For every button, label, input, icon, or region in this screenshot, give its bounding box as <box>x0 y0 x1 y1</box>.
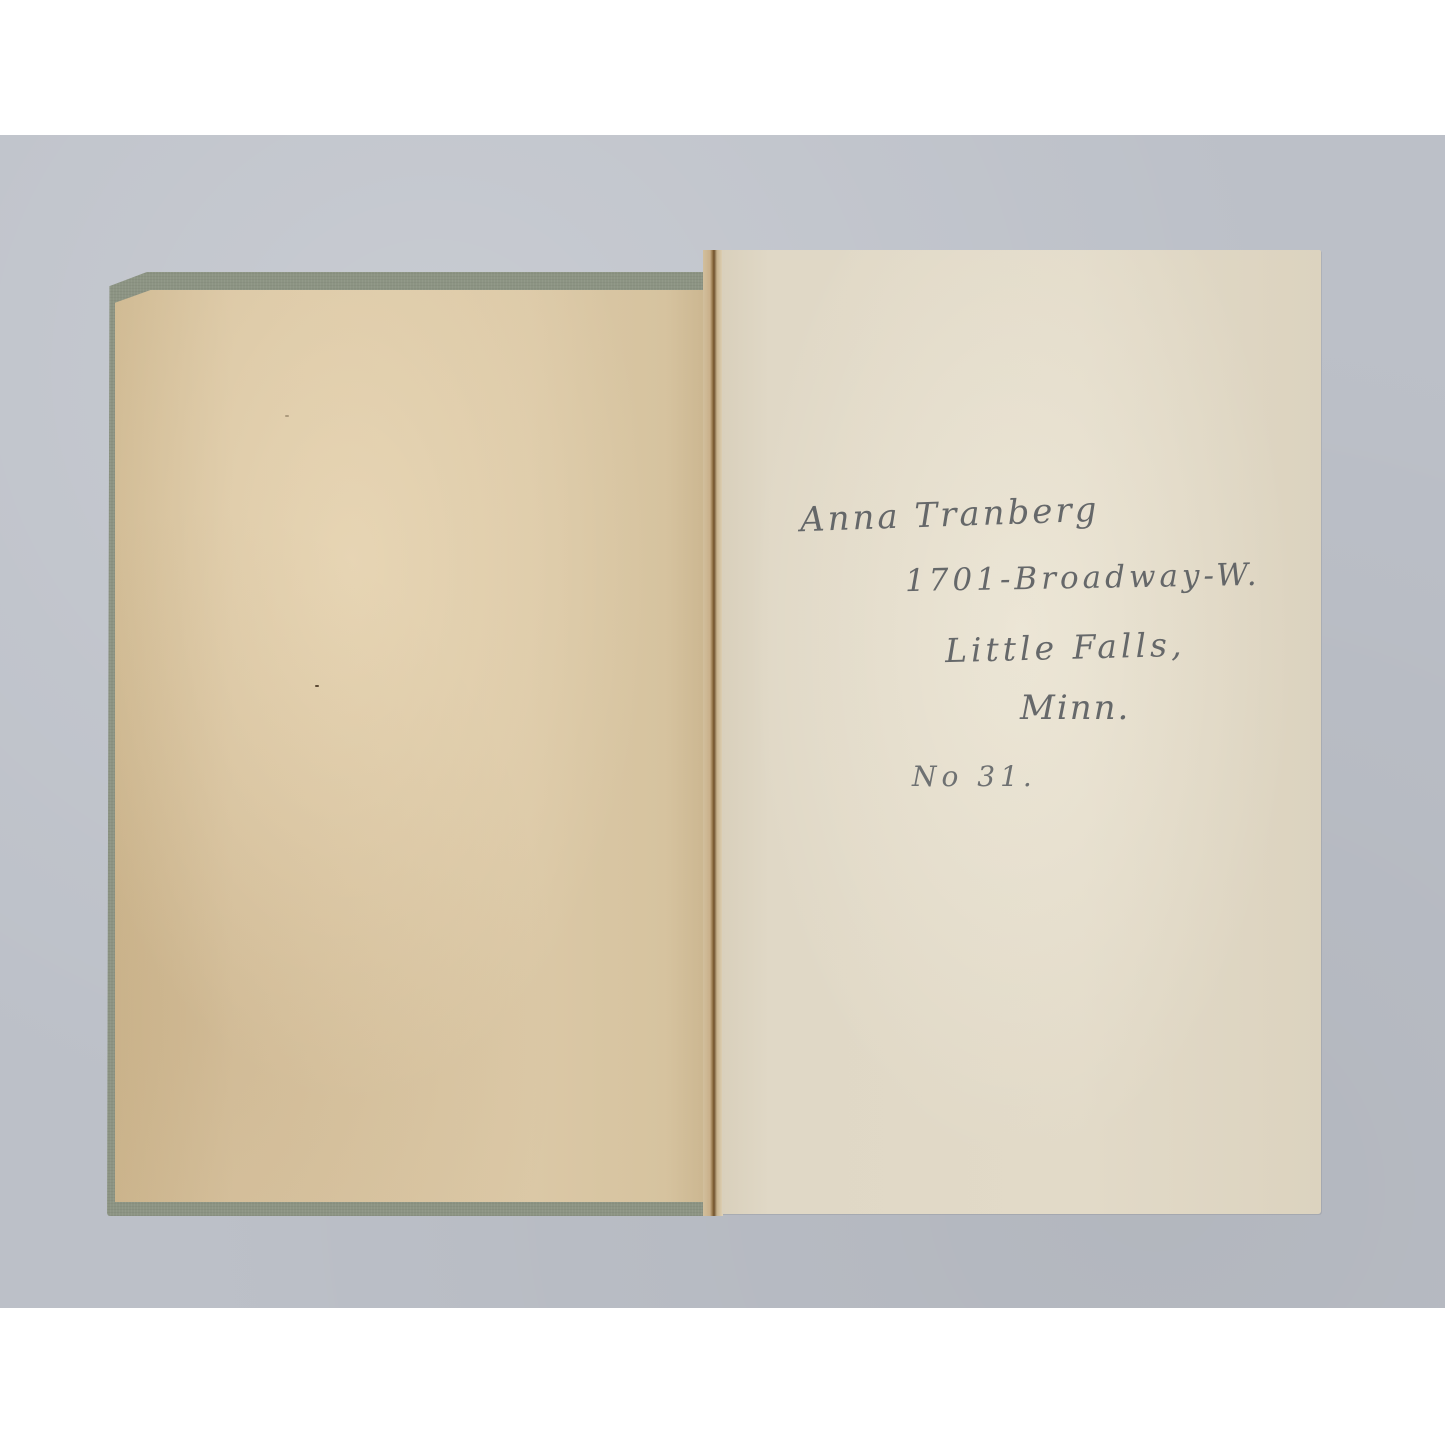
inscription-address: 1701-Broadway-W. <box>905 557 1261 599</box>
inscription-city: Little Falls, <box>945 625 1186 670</box>
inscription-state: Minn. <box>1020 688 1130 728</box>
paper-speck <box>315 685 319 687</box>
paper-speck <box>285 415 289 417</box>
right-page <box>722 250 1321 1214</box>
inscription-number: No 31. <box>912 760 1037 793</box>
book-spine-gutter <box>703 250 723 1216</box>
left-endpaper <box>115 290 707 1202</box>
